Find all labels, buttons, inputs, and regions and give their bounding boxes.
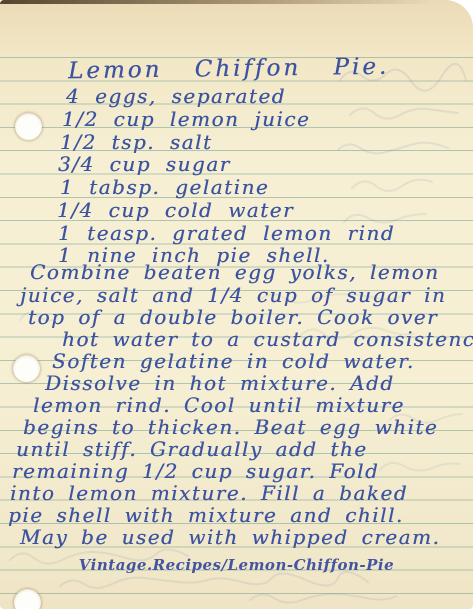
instruction-line-2: juice, salt and 1/4 cup of sugar in [20, 283, 446, 307]
photo-top-edge [0, 0, 446, 4]
instruction-line-7: lemon rind. Cool until mixture [33, 393, 405, 417]
ingredient-line-4: 3/4 cup sugar [58, 152, 231, 176]
instruction-line-13: May be used with whipped cream. [20, 525, 440, 549]
hole-punch-middle [13, 355, 40, 382]
instruction-line-6: Dissolve in hot mixture. Add [45, 371, 395, 395]
ingredient-line-5: 1 tabsp. gelatine [60, 175, 269, 199]
recipe-title: Lemon Chiffon Pie. [68, 54, 390, 84]
ingredient-line-6: 1/4 cup cold water [57, 198, 294, 222]
instruction-line-8: begins to thicken. Beat egg white [23, 415, 438, 439]
instruction-line-12: pie shell with mixture and chill. [8, 503, 404, 527]
instruction-line-10: remaining 1/2 cup sugar. Fold [12, 459, 379, 483]
instruction-line-4: hot water to a custard consistency [62, 327, 473, 351]
instruction-line-11: into lemon mixture. Fill a baked [10, 481, 408, 505]
recipe-photo: Lemon Chiffon Pie. 4 eggs, separated 1/2… [0, 0, 473, 609]
watermark: Vintage.Recipes/Lemon-Chiffon-Pie [0, 556, 473, 574]
hole-punch-bottom [14, 589, 41, 609]
instruction-line-3: top of a double boiler. Cook over [28, 305, 438, 329]
ingredient-line-3: 1/2 tsp. salt [60, 130, 212, 154]
ingredient-line-1: 4 eggs, separated [66, 84, 286, 108]
instruction-line-1: Combine beaten egg yolks, lemon [30, 260, 440, 284]
instruction-line-9: until stiff. Gradually add the [16, 437, 368, 461]
instruction-line-5: Soften gelatine in cold water. [52, 349, 415, 373]
hole-punch-top [15, 113, 42, 140]
ingredient-line-2: 1/2 cup lemon juice [62, 107, 310, 131]
ingredient-line-7: 1 teasp. grated lemon rind [58, 221, 395, 245]
